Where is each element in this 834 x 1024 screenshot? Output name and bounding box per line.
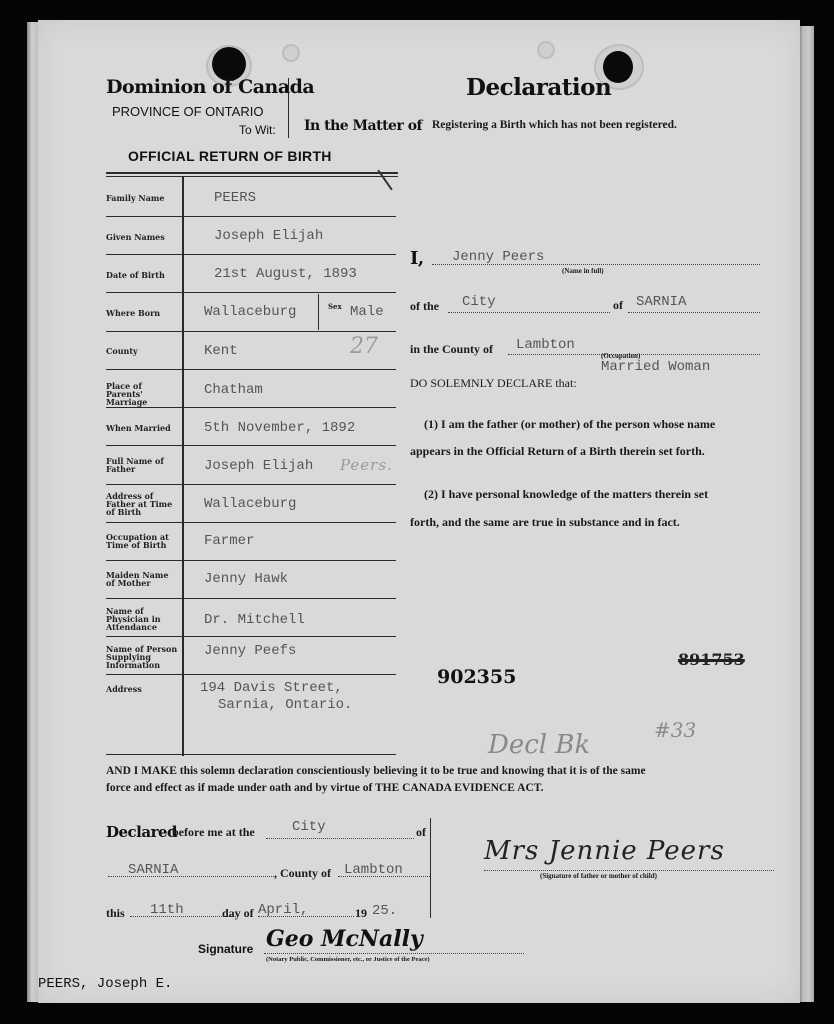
declared-label: Declared	[106, 823, 177, 841]
notary-signature-line	[264, 953, 524, 954]
county-label: in the County of	[410, 342, 493, 357]
label-physician: Name of Physician in Attendance	[106, 607, 176, 631]
row-rule	[106, 636, 396, 637]
parent-signature-line	[484, 870, 774, 871]
solemn-line-1: AND I MAKE this solemn declaration consc…	[106, 765, 646, 777]
of-the-line	[448, 312, 610, 313]
value-father-name: Joseph Elijah	[204, 458, 313, 474]
clause-2-line-1: (2) I have personal knowledge of the mat…	[424, 487, 708, 502]
before-me-label: before me at the	[172, 825, 255, 840]
row-rule	[106, 754, 396, 755]
notary-caption: (Notary Public, Commissioner, etc., or J…	[266, 956, 430, 963]
value-mother-maiden-name: Jenny Hawk	[204, 571, 288, 587]
place-type-value: City	[292, 819, 326, 835]
year-prefix: 19	[355, 906, 367, 921]
table-top-rule	[106, 172, 398, 174]
row-rule	[106, 407, 396, 408]
value-sex: Male	[350, 304, 384, 320]
clause-1-line-2: appears in the Official Return of a Birt…	[410, 444, 705, 459]
name-caption: (Name in full)	[562, 267, 604, 275]
solemnly-declare: DO SOLEMNLY DECLARE that:	[410, 376, 577, 391]
form-title: OFFICIAL RETURN OF BIRTH	[128, 148, 332, 164]
row-rule	[106, 445, 396, 446]
value-address-line1: 194 Davis Street,	[200, 680, 343, 696]
of-the-label: of the	[410, 299, 439, 314]
label-county: County	[106, 347, 138, 355]
index-name: PEERS, Joseph E.	[38, 976, 172, 992]
in-the-matter-label: In the Matter of	[304, 118, 422, 134]
row-rule	[106, 254, 396, 255]
registration-number: 902355	[437, 666, 516, 688]
struck-number: 891753	[678, 650, 745, 669]
of-line	[628, 312, 760, 313]
year-suffix: 25.	[372, 903, 397, 919]
city-value: SARNIA	[636, 294, 686, 310]
declarant-name: Jenny Peers	[452, 249, 544, 265]
declared-county: Lambton	[344, 862, 403, 878]
label-where-born: Where Born	[106, 309, 160, 317]
place-type-line	[266, 838, 414, 839]
table-divider	[182, 176, 184, 756]
label-when-married: When Married	[106, 424, 171, 432]
value-family-name: PEERS	[214, 190, 256, 206]
to-wit-label: To Wit:	[239, 123, 276, 137]
label-family-name: Family Name	[106, 194, 164, 202]
parent-signature: Mrs Jennie Peers	[484, 836, 725, 866]
label-occupation: Occupation at Time of Birth	[106, 533, 178, 549]
value-occupation: Farmer	[204, 533, 254, 549]
value-address-line2: Sarnia, Ontario.	[218, 697, 352, 713]
parent-signature-caption: (Signature of father or mother of child)	[540, 872, 657, 880]
label-sex: Sex	[328, 303, 342, 311]
dominion-heading: Dominion of Canada	[106, 76, 314, 98]
label-place-of-marriage: Place of Parents' Marriage	[106, 382, 180, 406]
county-value: Lambton	[516, 337, 575, 353]
declared-bracket	[430, 818, 431, 918]
label-informant: Name of Person Supplying Information	[106, 645, 178, 669]
row-rule	[106, 560, 396, 561]
declared-day: 11th	[150, 902, 184, 918]
declared-of-label: of	[416, 825, 426, 840]
table-top-rule-2	[106, 176, 398, 177]
paper-edge-right	[798, 26, 814, 1002]
occupation-value: Married Woman	[601, 359, 710, 375]
value-father-address: Wallaceburg	[204, 496, 296, 512]
label-given-names: Given Names	[106, 233, 165, 241]
of-the-value: City	[462, 294, 496, 310]
value-where-born: Wallaceburg	[204, 304, 296, 320]
solemn-line-2: force and effect as if made under oath a…	[106, 782, 543, 794]
this-label: this	[106, 906, 125, 921]
value-county: Kent	[204, 343, 238, 359]
label-date-of-birth: Date of Birth	[106, 271, 165, 279]
clause-1-line-1: (1) I am the father (or mother) of the p…	[424, 417, 715, 432]
row-rule	[106, 522, 396, 523]
row-rule	[106, 484, 396, 485]
row-rule	[106, 292, 396, 293]
of-label: of	[613, 298, 623, 313]
row-rule	[106, 674, 396, 675]
label-address: Address	[106, 685, 142, 693]
label-mother-maiden-name: Maiden Name of Mother	[106, 571, 176, 587]
declared-city: SARNIA	[128, 862, 178, 878]
value-date-of-birth: 21st August, 1893	[214, 266, 357, 282]
value-given-names: Joseph Elijah	[214, 228, 323, 244]
pencil-book-note: Decl Bk	[488, 730, 590, 760]
label-father-address: Address of Father at Time of Birth	[106, 492, 178, 516]
declared-county-label: , County of	[274, 866, 331, 881]
value-place-of-marriage: Chatham	[204, 382, 263, 398]
notary-signature: Geo McNally	[266, 926, 423, 952]
signature-label: Signature	[198, 942, 253, 956]
sex-divider	[318, 294, 319, 330]
declaration-title: Declaration	[466, 74, 611, 101]
row-rule	[106, 369, 396, 370]
declared-month: April,	[258, 902, 308, 918]
row-rule	[106, 598, 396, 599]
punch-hole-small-1	[282, 44, 300, 62]
clause-2-line-2: forth, and the same are true in substanc…	[410, 515, 680, 530]
pencil-book-number: #33	[654, 718, 696, 742]
header-bracket	[288, 78, 289, 138]
value-informant: Jenny Peefs	[204, 643, 296, 659]
day-of-label: day of	[222, 906, 254, 921]
province-heading: PROVINCE OF ONTARIO	[112, 104, 263, 119]
label-father-name: Full Name of Father	[106, 457, 170, 473]
in-the-matter-text: Registering a Birth which has not been r…	[432, 119, 677, 131]
declarant-i-label: I,	[410, 248, 424, 269]
pencil-annotation-father: Peers.	[340, 456, 393, 474]
row-rule	[106, 216, 396, 217]
value-when-married: 5th November, 1892	[204, 420, 355, 436]
row-rule	[106, 331, 396, 332]
pencil-annotation-county: 27	[350, 334, 378, 359]
value-physician: Dr. Mitchell	[204, 612, 305, 628]
punch-hole-small-2	[537, 41, 555, 59]
